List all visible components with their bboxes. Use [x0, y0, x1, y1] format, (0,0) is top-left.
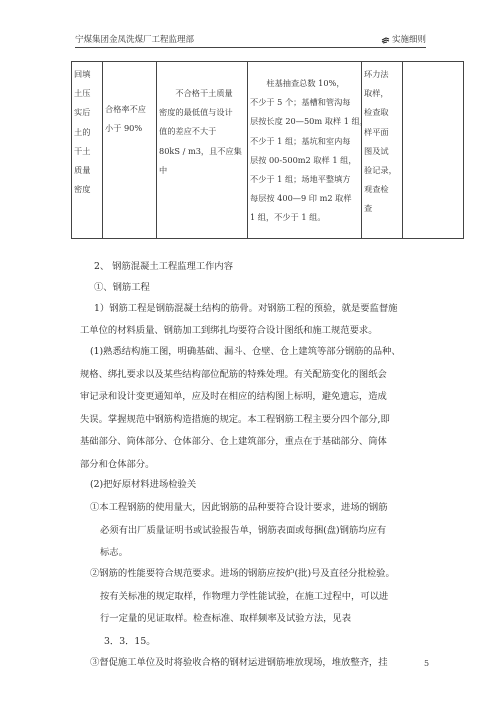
- cell-line: 干土: [74, 142, 100, 161]
- cell-line: 查: [364, 199, 400, 218]
- paragraph-2: (1)熟悉结构施工图，明确基础、漏斗、仓壁、仓上建筑等部分钢筋的品种、 规格、绑…: [80, 341, 425, 476]
- text-line: ①本工程钢筋的使用量大，因此钢筋的品种要符合设计要求，进场的钢筋: [90, 497, 435, 520]
- company-logo-icon: [381, 37, 390, 44]
- cell-method: 环力法 取样， 检查取 样平面 图及试 验记录， 观查检 查: [362, 62, 403, 239]
- text-line: 基础部分、筒体部分、仓体部分、仓上建筑部分，重点在于基础部分、筒体: [80, 431, 425, 454]
- cell-line: 值的差应不大于: [159, 122, 245, 141]
- section-title: 2、 钢筋混凝土工程监理工作内容: [94, 256, 439, 279]
- cell-line: 检查取: [364, 103, 400, 122]
- cell-line: 土压: [74, 84, 100, 103]
- cell-allowance: 不合格干土质量 密度的最低值与设计 值的差应不大于 80kS / m3，且不应集…: [157, 62, 248, 239]
- cell-line: 验记录，: [364, 161, 400, 180]
- cell-line: 密度的最低值与设计: [159, 103, 245, 122]
- cell-line: 不少于 1 组；基坑和室内每: [250, 132, 359, 151]
- subsection-title: ①、钢筋工程: [94, 277, 439, 300]
- cell-line: 图及试: [364, 142, 400, 161]
- text-line: 工单位的材料质量、钢筋加工到绑扎均要符合设计图纸和施工规范要求。: [80, 320, 425, 343]
- cell-remarks: [403, 62, 464, 239]
- cell-line: 中: [159, 161, 245, 180]
- cell-standard: 合格率不应 小于 90%: [103, 62, 157, 239]
- list-item-1: ①本工程钢筋的使用量大，因此钢筋的品种要符合设计要求，进场的钢筋 必须有出厂质量…: [90, 497, 435, 565]
- text-line: 必须有出厂质量证明书或试验报告单，钢筋表面或每捆(盘)钢筋均应有: [90, 520, 435, 543]
- cell-line: 回填: [74, 65, 100, 84]
- cell-line: 密度: [74, 180, 100, 199]
- text-line: 行一定量的见证取样。检查标准、取样频率及试验方法，见表: [90, 608, 435, 631]
- cell-line: 不合格干土质量: [159, 84, 245, 103]
- text-line: 审记录和设计变更通知单，应及时在相应的结构图上标明，避免遗忘，造成: [80, 386, 425, 409]
- list-item-3: ③督促施工单位及时将验收合格的钢材运进钢筋堆放现场，堆放整齐，挂: [90, 652, 435, 675]
- text-line: (1)熟悉结构施工图，明确基础、漏斗、仓壁、仓上建筑等部分钢筋的品种、: [80, 341, 425, 364]
- header-organization: 宁煤集团金凤洗煤厂工程监理部: [75, 35, 194, 46]
- cell-line: 不少于 1 组；场地平整填方: [250, 170, 359, 189]
- table-row: 回填 土压 实后 土的 干土 质量 密度 合格率不应 小于 90% 不合格干土质…: [72, 62, 464, 239]
- cell-line: 实后: [74, 103, 100, 122]
- text-line: 按有关标准的规定取样，作物理力学性能试验，在施工过程中，可以进: [90, 586, 435, 609]
- cell-line: 合格率不应: [105, 100, 154, 119]
- cell-line: 环力法: [364, 65, 400, 84]
- text-line: 失误。掌握规范中钢筋构造措施的规定。本工程钢筋工程主要分四个部分,即: [80, 409, 425, 432]
- text-line: 1）钢筋工程是钢筋混凝土结构的筋骨。对钢筋工程的预验，就是要监督施: [80, 298, 425, 321]
- cell-line: 柱基抽查总数 10%，: [250, 74, 359, 93]
- cell-line: 80kS / m3，且不应集: [159, 142, 245, 161]
- text-line: 3．3．15。: [90, 631, 435, 654]
- cell-item: 回填 土压 实后 土的 干土 质量 密度: [72, 62, 103, 239]
- cell-line: 1 组，不少于 1 组。: [250, 208, 359, 227]
- header-right-title: 实施细则: [392, 35, 426, 46]
- list-item-2: ②钢筋的性能要符合规范要求。进场的钢筋应按炉(批)号及直径分批检验。 按有关标准…: [90, 563, 435, 653]
- header-doc-type: 实施细则: [381, 35, 426, 46]
- text-line: 部分和仓体部分。: [80, 454, 425, 477]
- cell-line: 每层按 400—9 印 m2 取样: [250, 189, 359, 208]
- paragraph-3-title: (2)把好原材料进场检验关: [90, 474, 435, 497]
- page-number: 5: [424, 659, 429, 668]
- cell-line: 不少于 5 个；基槽和管沟每: [250, 93, 359, 112]
- cell-sampling: 柱基抽查总数 10%， 不少于 5 个；基槽和管沟每 层按长度 20—50m 取…: [248, 62, 362, 239]
- page-header: 宁煤集团金凤洗煤厂工程监理部 实施细则: [75, 35, 426, 48]
- cell-line: 小于 90%: [105, 119, 154, 138]
- cell-line: 层按 00-500m2 取样 1 组，: [250, 151, 359, 170]
- cell-line: 质量: [74, 161, 100, 180]
- cell-line: 观查检: [364, 180, 400, 199]
- cell-line: 样平面: [364, 123, 400, 142]
- paragraph-1: 1）钢筋工程是钢筋混凝土结构的筋骨。对钢筋工程的预验，就是要监督施 工单位的材料…: [80, 298, 425, 342]
- text-line: 规格、绑扎要求以及某些结构部位配筋的特殊处理。有关配筋变化的图纸会: [80, 364, 425, 387]
- cell-line: 取样，: [364, 84, 400, 103]
- cell-line: 土的: [74, 123, 100, 142]
- text-line: 标志。: [90, 542, 435, 565]
- text-line: ②钢筋的性能要符合规范要求。进场的钢筋应按炉(批)号及直径分批检验。: [90, 563, 435, 586]
- inspection-table: 回填 土压 实后 土的 干土 质量 密度 合格率不应 小于 90% 不合格干土质…: [71, 61, 464, 239]
- text-line: ③督促施工单位及时将验收合格的钢材运进钢筋堆放现场，堆放整齐，挂: [90, 652, 435, 675]
- cell-line: 层按长度 20—50m 取样 1 组，: [250, 112, 359, 131]
